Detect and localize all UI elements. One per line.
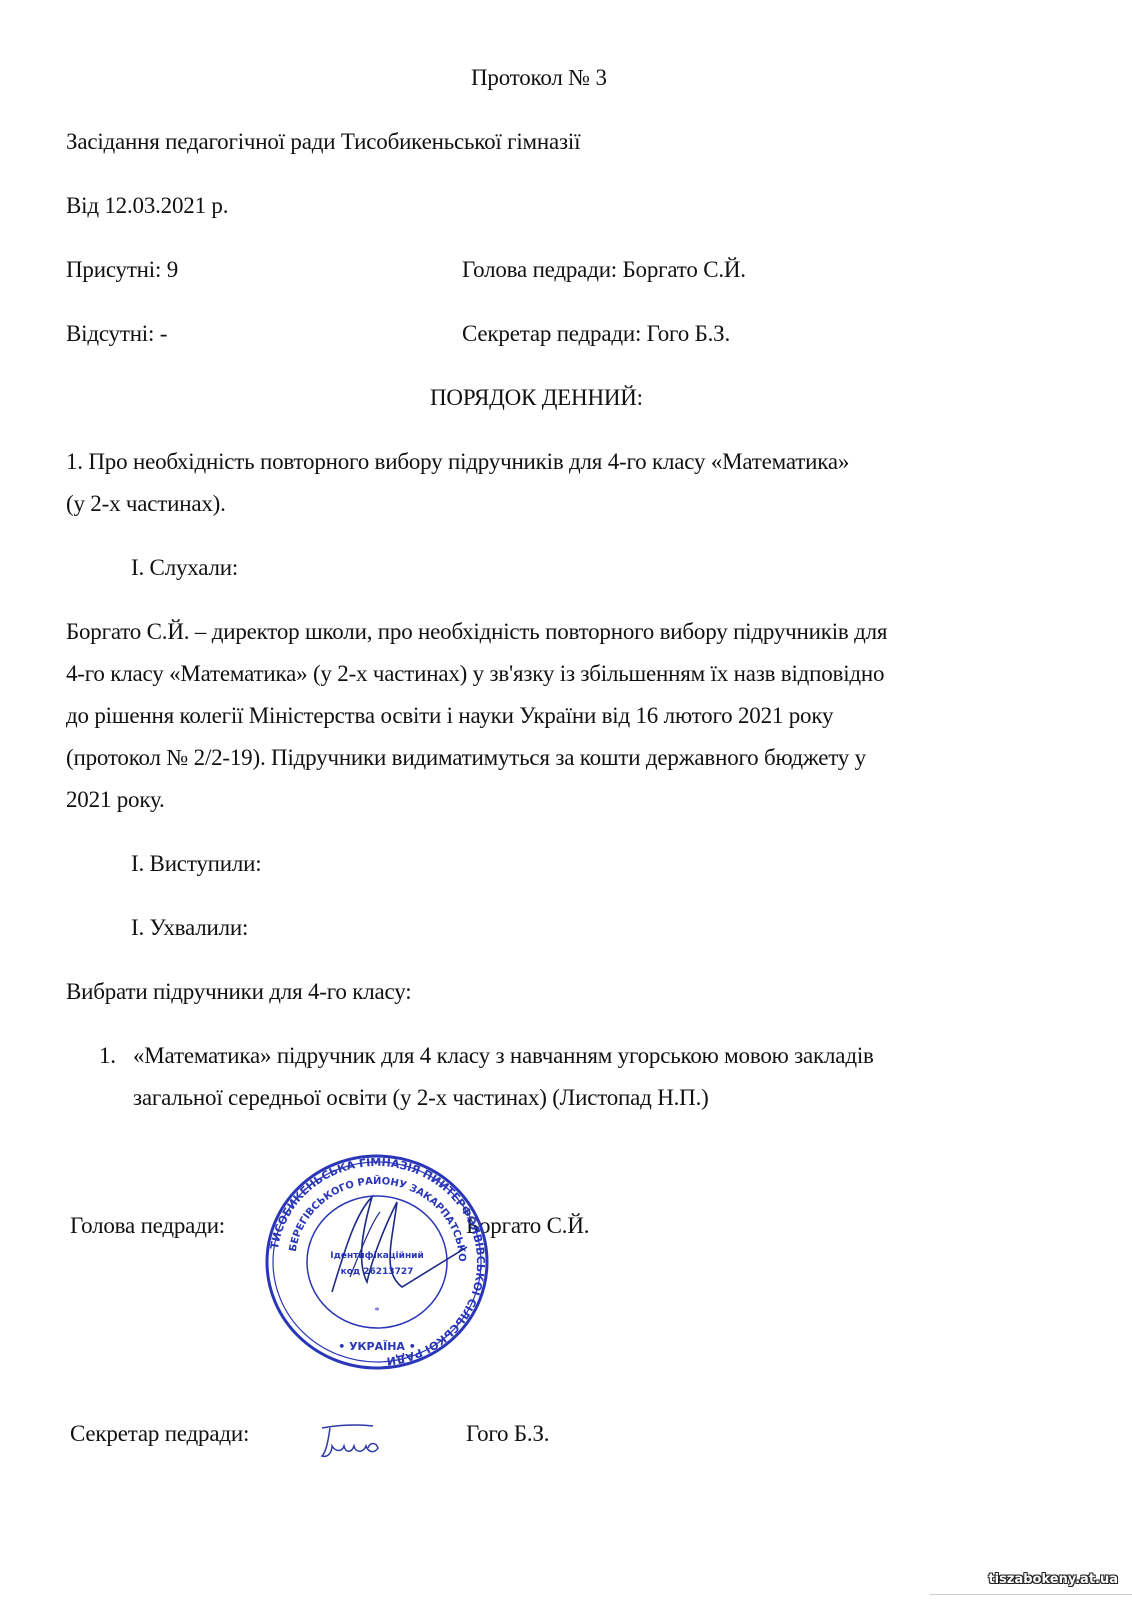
list-item-line: загальної середньої освіти (у 2-х частин… (133, 1084, 709, 1112)
choose-text: Вибрати підручники для 4-го класу: (66, 978, 411, 1006)
heard-text-line: 2021 року. (66, 786, 165, 814)
sign-secretary-label: Секретар педради: (70, 1420, 249, 1448)
heard-label: І. Слухали: (131, 554, 238, 582)
chair-info: Голова педради: Боргато С.Й. (462, 256, 746, 284)
list-number: 1. (99, 1042, 116, 1070)
secretary-signature-icon (318, 1422, 388, 1462)
watermark: tiszabokeny.at.ua (988, 1572, 1118, 1587)
svg-text:*: * (375, 1306, 380, 1317)
svg-text:ТИСОБИКЕНЬСЬКА ГІМНАЗІЯ ПИЙТЕР: ТИСОБИКЕНЬСЬКА ГІМНАЗІЯ ПИЙТЕРФОЛВІВСЬКО… (268, 1156, 487, 1368)
meeting-subtitle: Засідання педагогічної ради Тисобикеньсь… (66, 128, 580, 156)
meeting-date: Від 12.03.2021 р. (66, 192, 228, 220)
spoke-label: І. Виступили: (131, 850, 261, 878)
agenda-item-line: (у 2-х частинах). (66, 490, 226, 518)
document-title: Протокол № 3 (471, 64, 607, 92)
heard-text-line: 4-го класу «Математика» (у 2-х частинах)… (66, 660, 884, 688)
official-stamp-icon: ТИСОБИКЕНЬСЬКА ГІМНАЗІЯ ПИЙТЕРФОЛВІВСЬКО… (262, 1152, 492, 1372)
heard-text-line: (протокол № 2/2-19). Підручники видимати… (66, 744, 866, 772)
secretary-info: Секретар педради: Гого Б.З. (462, 320, 730, 348)
agenda-heading: ПОРЯДОК ДЕННИЙ: (430, 384, 643, 412)
resolved-label: І. Ухвалили: (131, 914, 248, 942)
heard-text-line: до рішення колегії Міністерства освіти і… (66, 702, 833, 730)
heard-text-line: Боргато С.Й. – директор школи, про необх… (66, 618, 887, 646)
watermark-divider (930, 1594, 1132, 1595)
sign-chair-label: Голова педради: (70, 1212, 225, 1240)
absent-count: Відсутні: - (66, 320, 167, 348)
list-item-line: «Математика» підручник для 4 класу з нав… (133, 1042, 874, 1070)
agenda-item-line: 1. Про необхідність повторного вибору пі… (66, 448, 849, 476)
present-count: Присутні: 9 (66, 256, 178, 284)
sign-secretary-name: Гого Б.З. (466, 1420, 549, 1448)
svg-text:• УКРАЇНА •: • УКРАЇНА • (338, 1339, 416, 1353)
